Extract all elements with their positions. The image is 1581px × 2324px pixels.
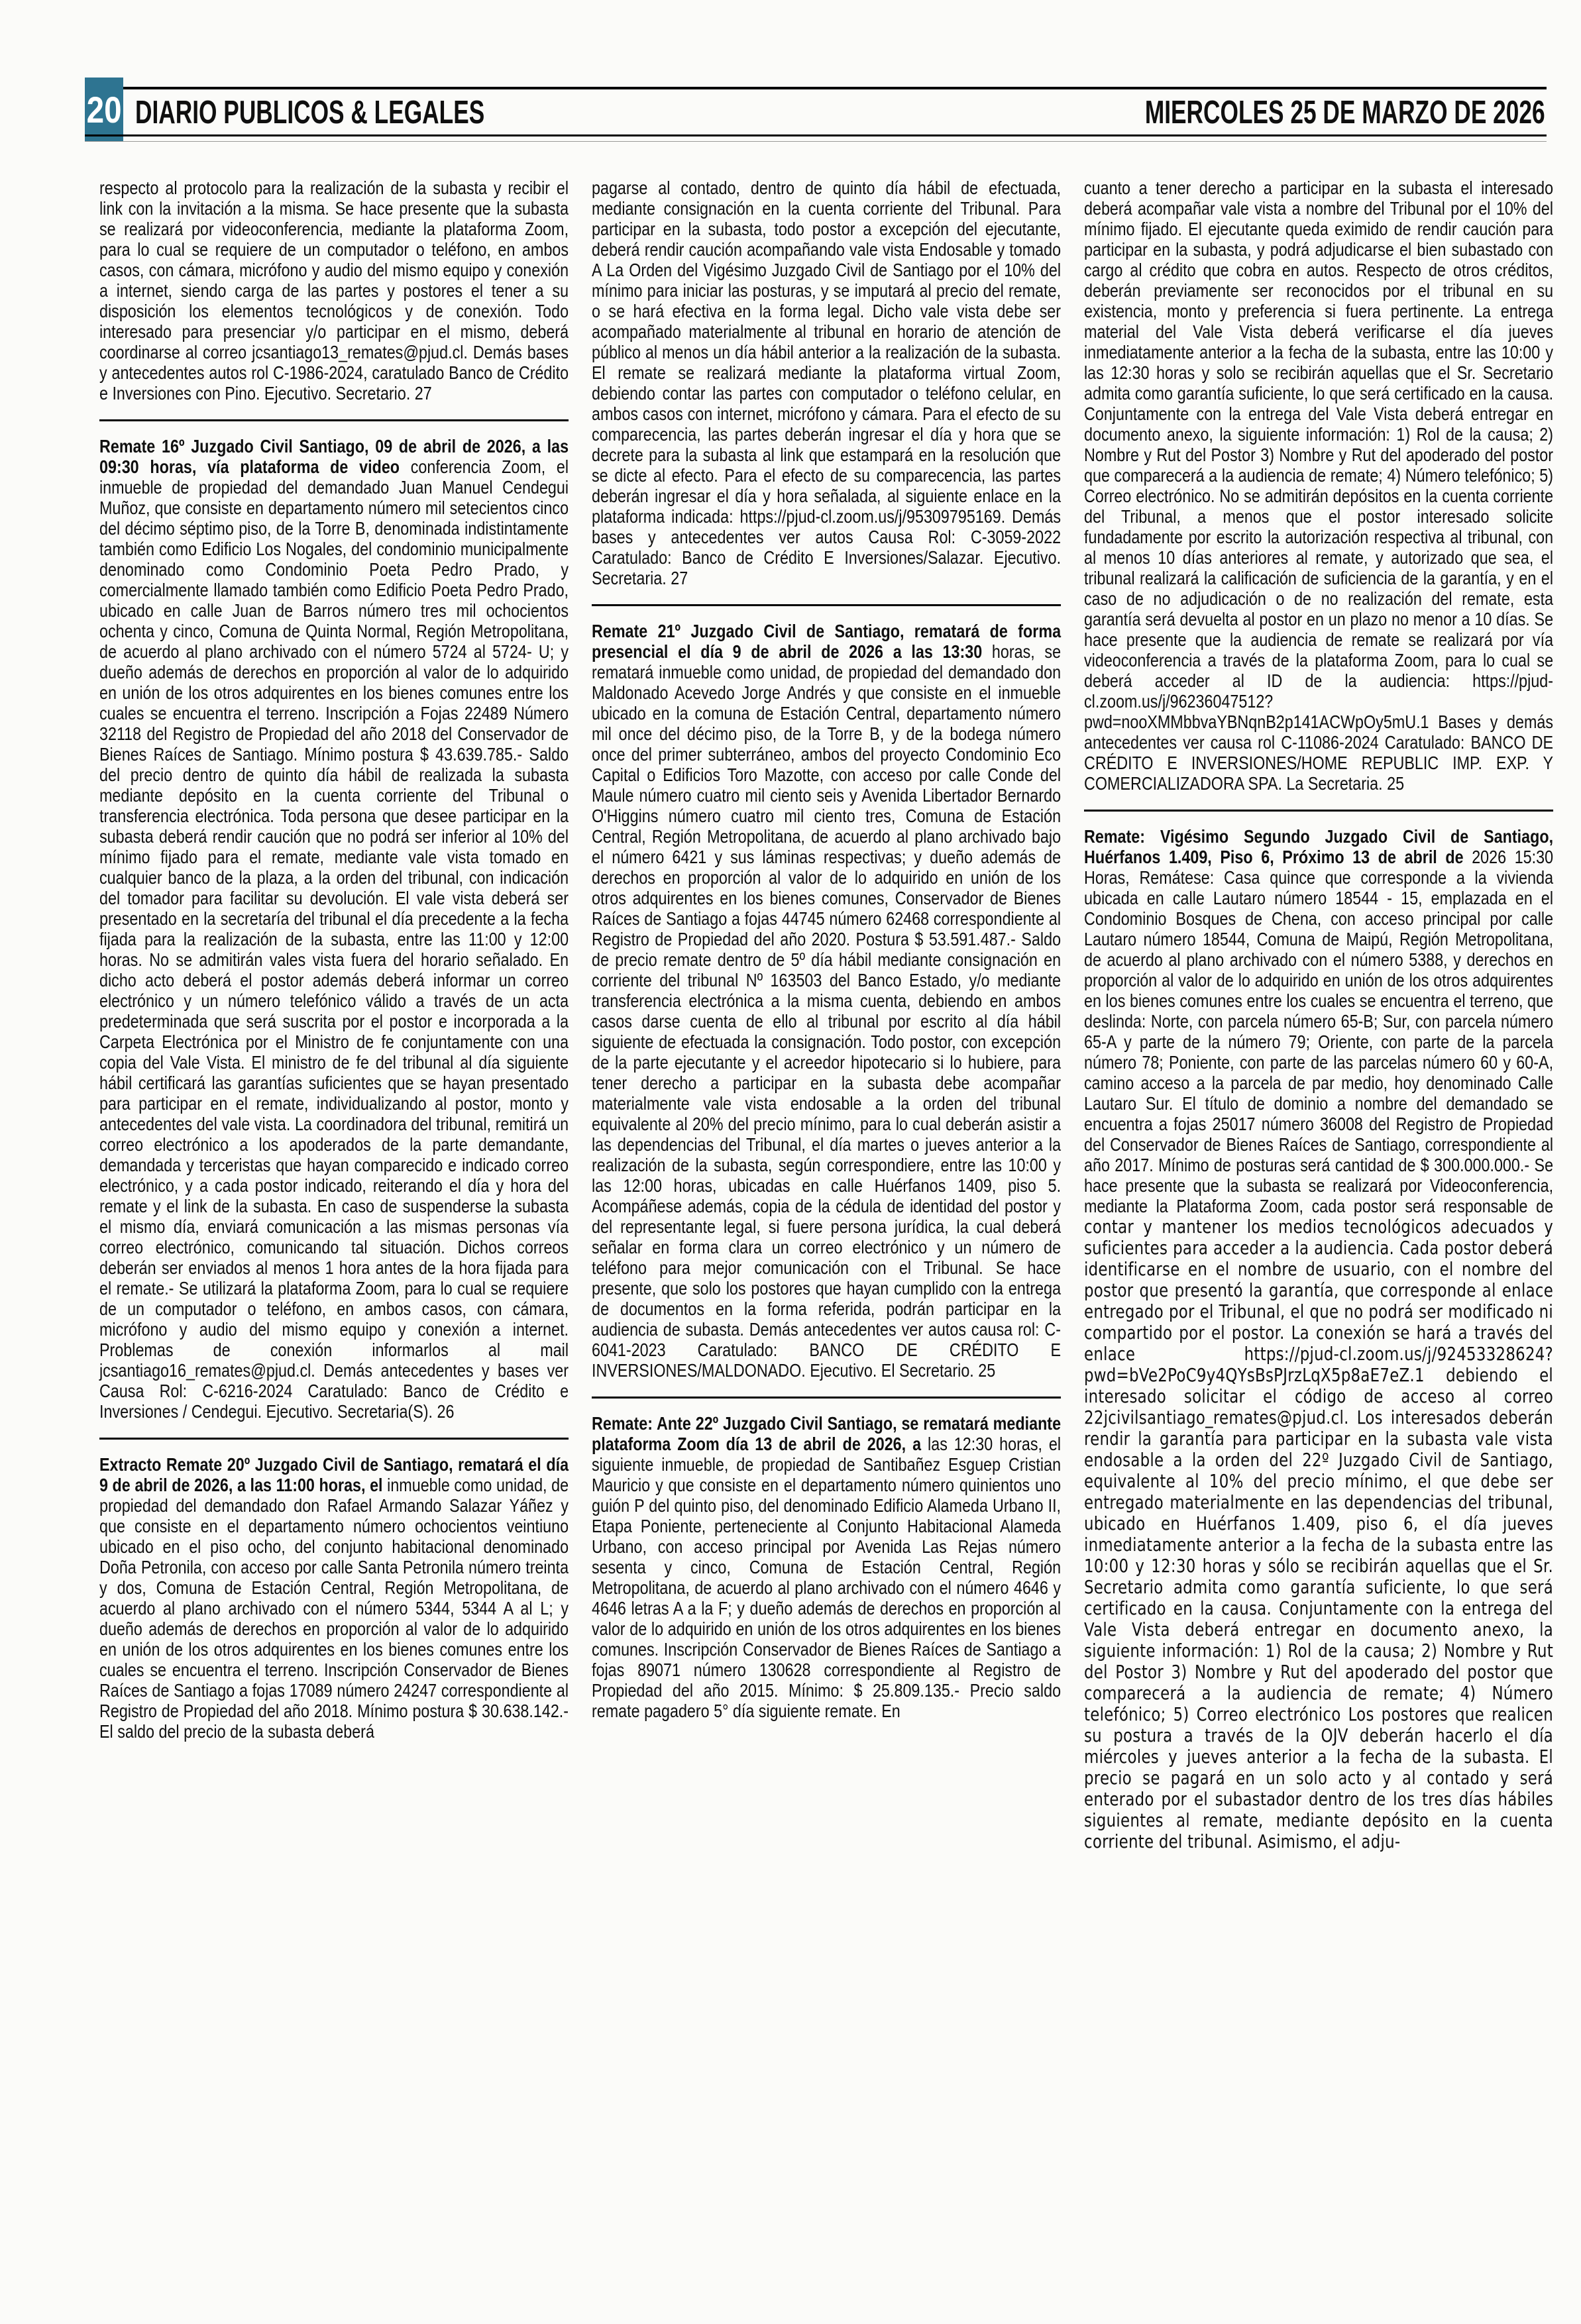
header-bottom-rule bbox=[85, 134, 1547, 136]
legal-notice: cuanto a tener derecho a participar en l… bbox=[1084, 178, 1553, 794]
page-number-badge: 20 bbox=[85, 78, 123, 142]
notice-separator bbox=[592, 604, 1061, 606]
page-number: 20 bbox=[87, 88, 122, 131]
notice-body: las 12:30 horas, el siguiente inmueble, … bbox=[592, 1434, 1061, 1721]
column-1-content: respecto al protocolo para la realizació… bbox=[99, 178, 569, 1742]
header-bottom-rule-thin bbox=[85, 141, 1547, 142]
legal-notice: pagarse al contado, dentro de quinto día… bbox=[592, 178, 1061, 588]
notice-body-alt-font: contar y mantener los medios tecnológico… bbox=[1084, 1216, 1553, 1852]
edition-date: MIERCOLES 25 DE MARZO DE 2026 bbox=[1145, 94, 1545, 131]
notice-body: inmueble como unidad, de propiedad del d… bbox=[99, 1475, 569, 1742]
column-2: pagarse al contado, dentro de quinto día… bbox=[592, 178, 1061, 1852]
notice-body: respecto al protocolo para la realizació… bbox=[99, 178, 569, 403]
notice-separator bbox=[592, 1397, 1061, 1399]
legal-notice: respecto al protocolo para la realizació… bbox=[99, 178, 569, 403]
notice-body: pagarse al contado, dentro de quinto día… bbox=[592, 178, 1061, 588]
legal-notice: Remate: Vigésimo Segundo Juzgado Civil d… bbox=[1084, 826, 1553, 1852]
notice-body: horas, se rematará inmueble como unidad,… bbox=[592, 641, 1061, 1381]
notice-body: cuanto a tener derecho a participar en l… bbox=[1084, 178, 1553, 794]
header-top-rule bbox=[85, 87, 1547, 89]
newspaper-title: DIARIO PUBLICOS & LEGALES bbox=[135, 94, 484, 131]
notice-body: conferencia Zoom, el inmueble de propied… bbox=[99, 456, 569, 1422]
column-3: cuanto a tener derecho a participar en l… bbox=[1084, 178, 1553, 1852]
notices-area: respecto al protocolo para la realizació… bbox=[99, 178, 1557, 1852]
legal-notice: Extracto Remate 20º Juzgado Civil de San… bbox=[99, 1454, 569, 1742]
column-1: respecto al protocolo para la realizació… bbox=[99, 178, 569, 1852]
notice-lead: Remate 21º Juzgado Civil de Santiago, re… bbox=[592, 621, 1061, 662]
legal-notice: Remate 21º Juzgado Civil de Santiago, re… bbox=[592, 621, 1061, 1381]
newspaper-page: 20 DIARIO PUBLICOS & LEGALES MIERCOLES 2… bbox=[0, 0, 1581, 2324]
notice-separator bbox=[99, 419, 569, 421]
notice-separator bbox=[1084, 810, 1553, 812]
column-2-content: pagarse al contado, dentro de quinto día… bbox=[592, 178, 1061, 1721]
legal-notice: Remate: Ante 22º Juzgado Civil Santiago,… bbox=[592, 1413, 1061, 1721]
notice-body: 2026 15:30 Horas, Remátese: Casa quince … bbox=[1084, 847, 1553, 1216]
column-3-content: cuanto a tener derecho a participar en l… bbox=[1084, 178, 1553, 1852]
notice-separator bbox=[99, 1438, 569, 1440]
legal-notice: Remate 16º Juzgado Civil Santiago, 09 de… bbox=[99, 436, 569, 1422]
